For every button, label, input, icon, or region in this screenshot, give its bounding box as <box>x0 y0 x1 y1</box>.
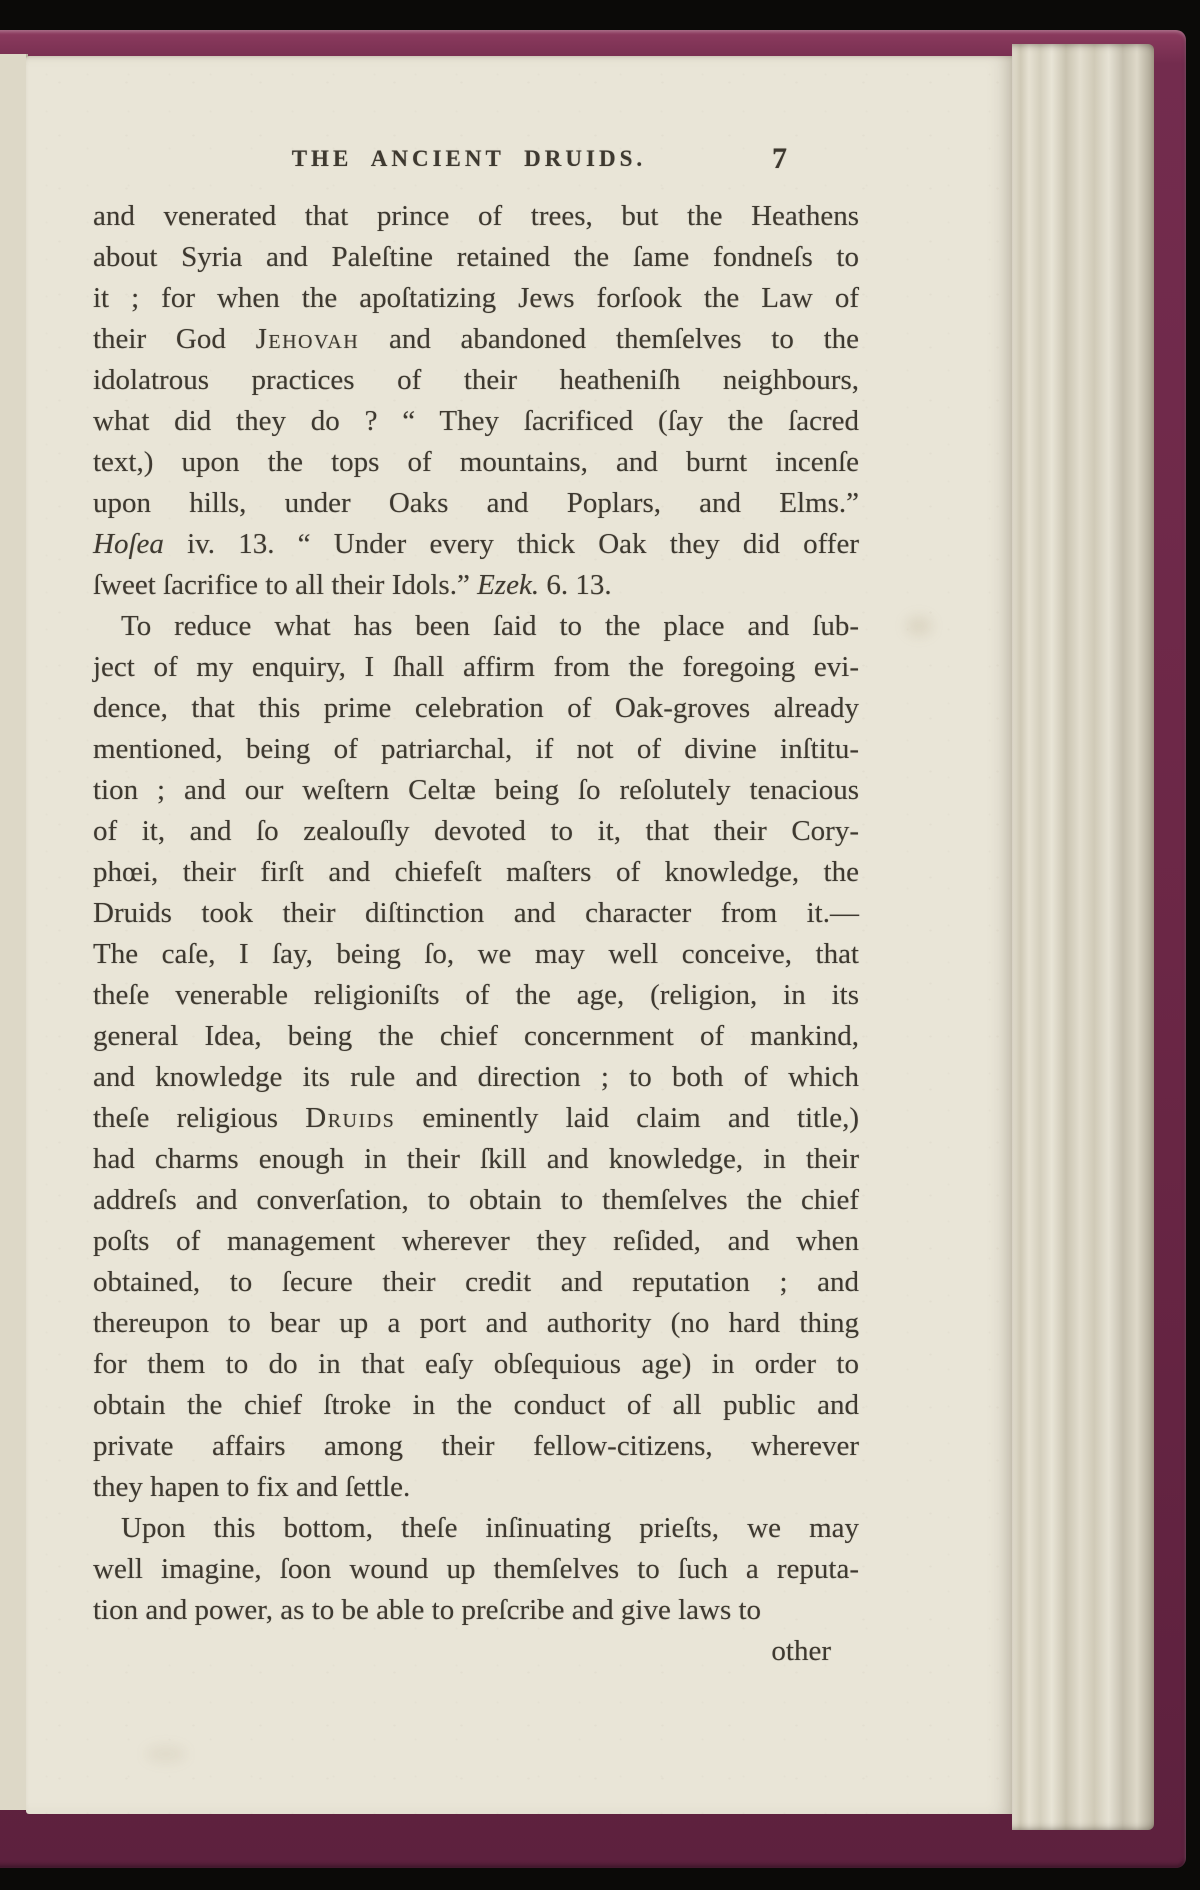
text-segment: To reduce what has been ſaid to the plac… <box>121 610 859 642</box>
text-segment: their God <box>93 323 256 355</box>
text-line: obtain the chief ſtroke in the conduct o… <box>93 1385 859 1426</box>
text-segment: Druids took their diſtinction and charac… <box>93 897 859 929</box>
text-segment: what did they do ? “ They ſacrificed (ſa… <box>93 405 859 437</box>
text-line: thereupon to bear up a port and authorit… <box>93 1303 859 1344</box>
text-segment: private affairs among their fellow-citiz… <box>93 1430 859 1462</box>
text-line: of it, and ſo zealouſly devoted to it, t… <box>93 811 859 852</box>
text-line: theſe venerable religioniſts of the age,… <box>93 975 859 1016</box>
text-line: text,) upon the tops of mountains, and b… <box>93 442 859 483</box>
text-line: what did they do ? “ They ſacrificed (ſa… <box>93 401 859 442</box>
text-segment: iv. 13. “ Under every thick Oak they did… <box>164 528 859 560</box>
text-line: ject of my enquiry, I ſhall affirm from … <box>93 647 859 688</box>
text-segment: The caſe, I ſay, being ſo, we may well c… <box>93 938 859 970</box>
text-segment: upon hills, under Oaks and Poplars, and … <box>93 487 859 519</box>
book-page: THE ANCIENT DRUIDS. 7 and venerated that… <box>26 56 1012 1814</box>
text-segment: thereupon to bear up a port and authorit… <box>93 1307 859 1339</box>
text-line: and venerated that prince of trees, but … <box>93 196 859 237</box>
text-line: well imagine, ſoon wound up themſelves t… <box>93 1549 859 1590</box>
catchword-row: other <box>93 1631 859 1672</box>
text-segment: dence, that this prime celebration of Oa… <box>93 692 859 724</box>
text-segment: mentioned, being of patriarchal, if not … <box>93 733 859 765</box>
text-line: dence, that this prime celebration of Oa… <box>93 688 859 729</box>
text-line: general Idea, being the chief concernmen… <box>93 1016 859 1057</box>
small-caps-word: Druids <box>305 1102 395 1134</box>
text-line: private affairs among their fellow-citiz… <box>93 1426 859 1467</box>
text-segment: Upon this bottom, theſe inſinuating prie… <box>121 1512 859 1544</box>
text-segment: well imagine, ſoon wound up themſelves t… <box>93 1553 859 1585</box>
text-line: theſe religious Druids eminently laid cl… <box>93 1098 859 1139</box>
paper-stain <box>906 616 932 636</box>
text-line: addreſs and converſation, to obtain to t… <box>93 1180 859 1221</box>
page-number: 7 <box>772 142 787 176</box>
text-segment: obtain the chief ſtroke in the conduct o… <box>93 1389 859 1421</box>
text-line: obtained, to ſecure their credit and rep… <box>93 1262 859 1303</box>
text-line: it ; for when the apoſtatizing Jews forſ… <box>93 278 859 319</box>
text-segment: ject of my enquiry, I ſhall affirm from … <box>93 651 859 683</box>
text-line: for them to do in that eaſy obſequious a… <box>93 1344 859 1385</box>
text-segment: addreſs and converſation, to obtain to t… <box>93 1184 859 1216</box>
catchword: other <box>771 1635 831 1667</box>
text-line: Hoſea iv. 13. “ Under every thick Oak th… <box>93 524 859 565</box>
running-head-row: THE ANCIENT DRUIDS. 7 <box>93 142 859 178</box>
paragraph: and venerated that prince of trees, but … <box>93 196 859 606</box>
text-segment: it ; for when the apoſtatizing Jews forſ… <box>93 282 859 314</box>
text-segment: theſe venerable religioniſts of the age,… <box>93 979 859 1011</box>
paragraphs: and venerated that prince of trees, but … <box>93 196 859 1631</box>
text-segment: obtained, to ſecure their credit and rep… <box>93 1266 859 1298</box>
text-line: mentioned, being of patriarchal, if not … <box>93 729 859 770</box>
paper-stain <box>146 1746 186 1762</box>
text-line: they hapen to fix and ſettle. <box>93 1467 859 1508</box>
text-line: poſts of management wherever they reſide… <box>93 1221 859 1262</box>
paragraph: To reduce what has been ſaid to the plac… <box>93 606 859 1508</box>
text-block: and venerated that prince of trees, but … <box>93 196 859 1672</box>
text-segment: Hoſea <box>93 528 164 560</box>
text-segment: tion ; and our weſtern Celtæ being ſo re… <box>93 774 859 806</box>
text-segment: and venerated that prince of trees, but … <box>93 200 859 232</box>
text-segment: had charms enough in their ſkill and kno… <box>93 1143 859 1175</box>
text-line: had charms enough in their ſkill and kno… <box>93 1139 859 1180</box>
left-page-edge <box>0 54 28 1810</box>
text-line: about Syria and Paleſtine retained the ſ… <box>93 237 859 278</box>
text-segment: ſweet ſacrifice to all their Idols.” <box>93 569 477 601</box>
text-segment: and abandoned themſelves to the <box>359 323 859 355</box>
text-line: Upon this bottom, theſe inſinuating prie… <box>93 1508 859 1549</box>
fore-edge-pages <box>1012 44 1154 1830</box>
text-segment: they hapen to fix and ſettle. <box>93 1471 410 1503</box>
text-line: To reduce what has been ſaid to the plac… <box>93 606 859 647</box>
text-segment: poſts of management wherever they reſide… <box>93 1225 859 1257</box>
text-line: phœi, their firſt and chiefeſt maſters o… <box>93 852 859 893</box>
text-segment: 6. 13. <box>539 569 612 601</box>
text-line: tion ; and our weſtern Celtæ being ſo re… <box>93 770 859 811</box>
text-line: tion and power, as to be able to preſcri… <box>93 1590 859 1631</box>
text-segment: eminently laid claim and title,) <box>395 1102 859 1134</box>
text-segment: idolatrous practices of their heatheniſh… <box>93 364 859 396</box>
text-line: idolatrous practices of their heatheniſh… <box>93 360 859 401</box>
text-line: and knowledge its rule and direction ; t… <box>93 1057 859 1098</box>
text-segment: about Syria and Paleſtine retained the ſ… <box>93 241 859 273</box>
text-segment: phœi, their firſt and chiefeſt maſters o… <box>93 856 859 888</box>
paragraph: Upon this bottom, theſe inſinuating prie… <box>93 1508 859 1631</box>
text-line: Druids took their diſtinction and charac… <box>93 893 859 934</box>
running-head-title: THE ANCIENT DRUIDS. <box>292 146 646 172</box>
text-line: their God Jehovah and abandoned themſelv… <box>93 319 859 360</box>
text-segment: tion and power, as to be able to preſcri… <box>93 1594 761 1626</box>
text-segment: text,) upon the tops of mountains, and b… <box>93 446 859 478</box>
text-segment: Ezek. <box>477 569 539 601</box>
text-segment: of it, and ſo zealouſly devoted to it, t… <box>93 815 859 847</box>
text-segment: for them to do in that eaſy obſequious a… <box>93 1348 859 1380</box>
text-segment: theſe religious <box>93 1102 305 1134</box>
text-segment: general Idea, being the chief concernmen… <box>93 1020 859 1052</box>
text-segment: and knowledge its rule and direction ; t… <box>93 1061 859 1093</box>
text-line: upon hills, under Oaks and Poplars, and … <box>93 483 859 524</box>
book-photo: THE ANCIENT DRUIDS. 7 and venerated that… <box>0 0 1200 1890</box>
text-line: ſweet ſacrifice to all their Idols.” Eze… <box>93 565 859 606</box>
small-caps-word: Jehovah <box>256 323 360 355</box>
text-line: The caſe, I ſay, being ſo, we may well c… <box>93 934 859 975</box>
